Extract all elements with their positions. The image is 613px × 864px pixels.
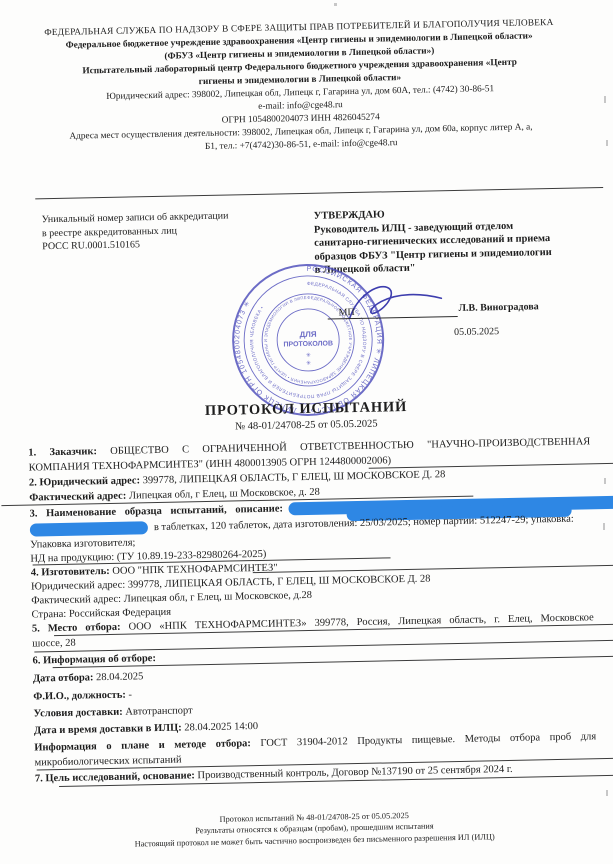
- stamp-star: ✳: [306, 352, 311, 359]
- field-label: Информация о плане и методе отбора:: [34, 738, 251, 753]
- field-label: Дата и время доставки в ИЛЦ:: [34, 723, 182, 737]
- field-value: шоссе, 28: [32, 638, 76, 650]
- accreditation-block: Уникальный номер записи об аккредитации …: [42, 208, 283, 253]
- field-value: 28.04.2025: [96, 671, 143, 683]
- mp-seal-mark: МП: [339, 307, 355, 318]
- field-label: 4. Изготовитель:: [31, 566, 110, 579]
- scan-artifact: [603, 523, 605, 530]
- field-value: -: [128, 690, 132, 701]
- scan-artifact: [604, 478, 606, 484]
- field-value: Страна: Российская Федерация: [32, 607, 172, 621]
- field-value: Упаковка изготовителя;: [30, 537, 135, 550]
- field-label: Условия доставки:: [33, 707, 122, 720]
- field-label: Ф.И.О., должность:: [33, 690, 126, 703]
- stamp-star: ✳: [306, 360, 311, 367]
- field-label: 5. Место отбора:: [32, 622, 121, 635]
- scan-artifact: [604, 96, 606, 103]
- approval-date: 05.05.2025: [454, 326, 499, 338]
- stamp-center-text-2: ПРОТОКОЛОВ: [283, 340, 333, 348]
- signature-ink: [343, 280, 449, 326]
- document-body: 1. Заказчик: ОБЩЕСТВО С ОГРАНИЧЕННОЙ ОТВ…: [28, 435, 590, 446]
- scan-artifact: [606, 790, 608, 796]
- field-label: Фактический адрес:: [29, 491, 126, 504]
- field-label: 2. Юридический адрес:: [29, 475, 140, 488]
- stamp-center-text: ДЛЯ: [299, 330, 316, 339]
- field-value: Автотранспорт: [125, 705, 193, 717]
- field-value: ООО "НПК ТЕХНОФАРМСИНТЕЗ": [112, 563, 277, 577]
- scan-artifact: [334, 3, 337, 6]
- field-label: 3. Наименование образца испытаний, описа…: [29, 502, 283, 520]
- scanned-page: ФЕДЕРАЛЬНАЯ СЛУЖБА ПО НАДЗОРУ В СФЕРЕ ЗА…: [0, 0, 613, 864]
- signer-name: Л.В. Виноградова: [458, 301, 538, 314]
- header-divider: [35, 187, 603, 200]
- page-footer: Протокол испытаний № 48-01/24708-25 от 0…: [8, 806, 613, 852]
- scan-artifact: [606, 140, 608, 146]
- protocol-document: ФЕДЕРАЛЬНАЯ СЛУЖБА ПО НАДЗОРУ В СФЕРЕ ЗА…: [0, 0, 613, 864]
- field-value: 28.04.2025 14:00: [184, 721, 258, 733]
- redaction-strip: [30, 521, 148, 536]
- title-block: ПРОТОКОЛ ИСПЫТАНИЙ № 48-01/24708-25 от 0…: [0, 395, 613, 437]
- field-label: Дата отбора:: [33, 672, 94, 684]
- field-label: 7. Цель исследований, основание:: [35, 770, 195, 784]
- field-label: 1. Заказчик:: [28, 446, 97, 458]
- document-header: ФЕДЕРАЛЬНАЯ СЛУЖБА ПО НАДЗОРУ В СФЕРЕ ЗА…: [14, 16, 586, 157]
